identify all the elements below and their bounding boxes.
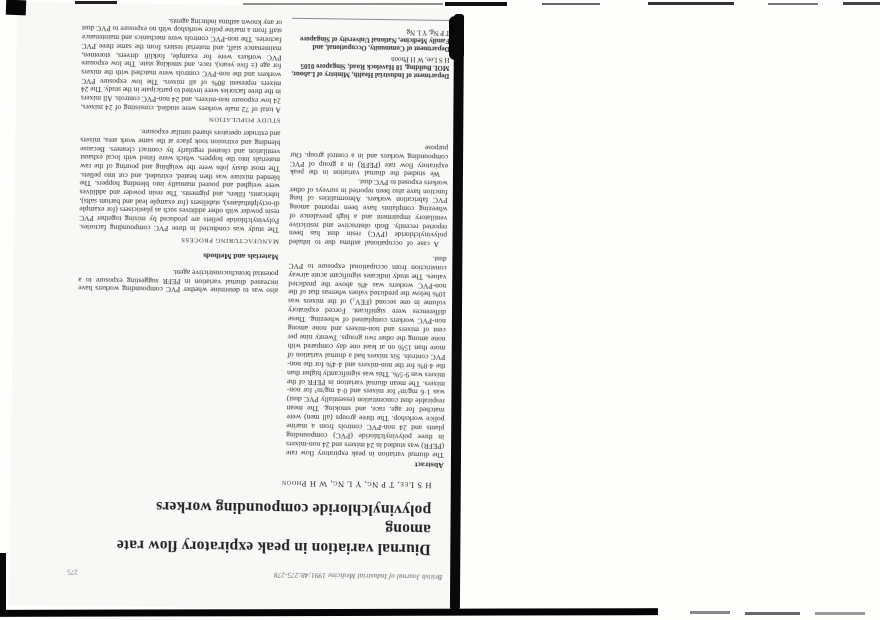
two-column-body: Abstract The diurnal variation in peak e… — [69, 15, 450, 470]
affiliations-block: Department of Industrial Health, Ministr… — [291, 18, 450, 79]
scan-top-edge-dash — [243, 3, 443, 5]
scan-top-edge-dash — [75, 1, 117, 4]
scan-top-edge-dash — [768, 3, 818, 5]
scan-left-edge-bar — [0, 553, 6, 610]
intro-paragraph-2: We studied the diurnal variation in the … — [290, 141, 448, 178]
scan-bottom-edge-dash — [690, 611, 730, 614]
scan-top-edge-dash — [648, 2, 734, 5]
scan-bottom-edge-dash — [815, 612, 865, 615]
page-header: British Journal of Industrial Medicine 1… — [67, 568, 442, 581]
study-population-text: A total of 72 male workers were studied,… — [81, 15, 282, 114]
intro-continuation: also was to determine whether PVC compou… — [78, 266, 278, 295]
study-population-heading: STUDY POPULATION — [81, 113, 281, 124]
affiliation-2-dept: Department of Community, Occupational, a… — [292, 34, 450, 52]
article-title-line1: Diurnal variation in peak expiratory flo… — [68, 515, 432, 559]
journal-citation: British Journal of Industrial Medicine 1… — [274, 571, 443, 581]
affiliation-1-dept: Department of Industrial Health, Ministr… — [291, 61, 449, 79]
scan-top-edge-dash — [542, 3, 600, 5]
author-list: H S Lee, T P Ng, Y L Ng, W H Phoon — [68, 476, 431, 491]
manufacturing-process-heading: MANUFACTURING PROCESS — [79, 233, 279, 244]
manufacturing-process-text: The study was conducted in three PVC com… — [79, 126, 280, 233]
page-content: British Journal of Industrial Medicine 1… — [9, 2, 460, 611]
column-abstract: Abstract The diurnal variation in peak e… — [286, 18, 450, 470]
article-title: Diurnal variation in peak expiratory flo… — [68, 495, 432, 559]
abstract-text: The diurnal variation in peak expiratory… — [286, 252, 447, 459]
scanned-document-canvas: British Journal of Industrial Medicine 1… — [0, 0, 880, 620]
scan-corner-blot — [6, 0, 27, 15]
column-methods: also was to determine whether PVC compou… — [76, 15, 282, 467]
scan-top-edge-dash — [843, 2, 880, 5]
scan-bottom-edge-band — [0, 608, 658, 617]
abstract-heading: Abstract — [286, 459, 444, 470]
journal-page-upside-down: British Journal of Industrial Medicine 1… — [9, 2, 460, 611]
scan-bottom-edge-dash — [745, 612, 800, 615]
scan-top-edge-dash — [445, 2, 507, 6]
methods-heading: Materials and Methods — [79, 249, 279, 260]
intro-paragraph-1: A case of occupational asthma due to inh… — [289, 176, 448, 248]
page-number: 275 — [67, 568, 78, 576]
